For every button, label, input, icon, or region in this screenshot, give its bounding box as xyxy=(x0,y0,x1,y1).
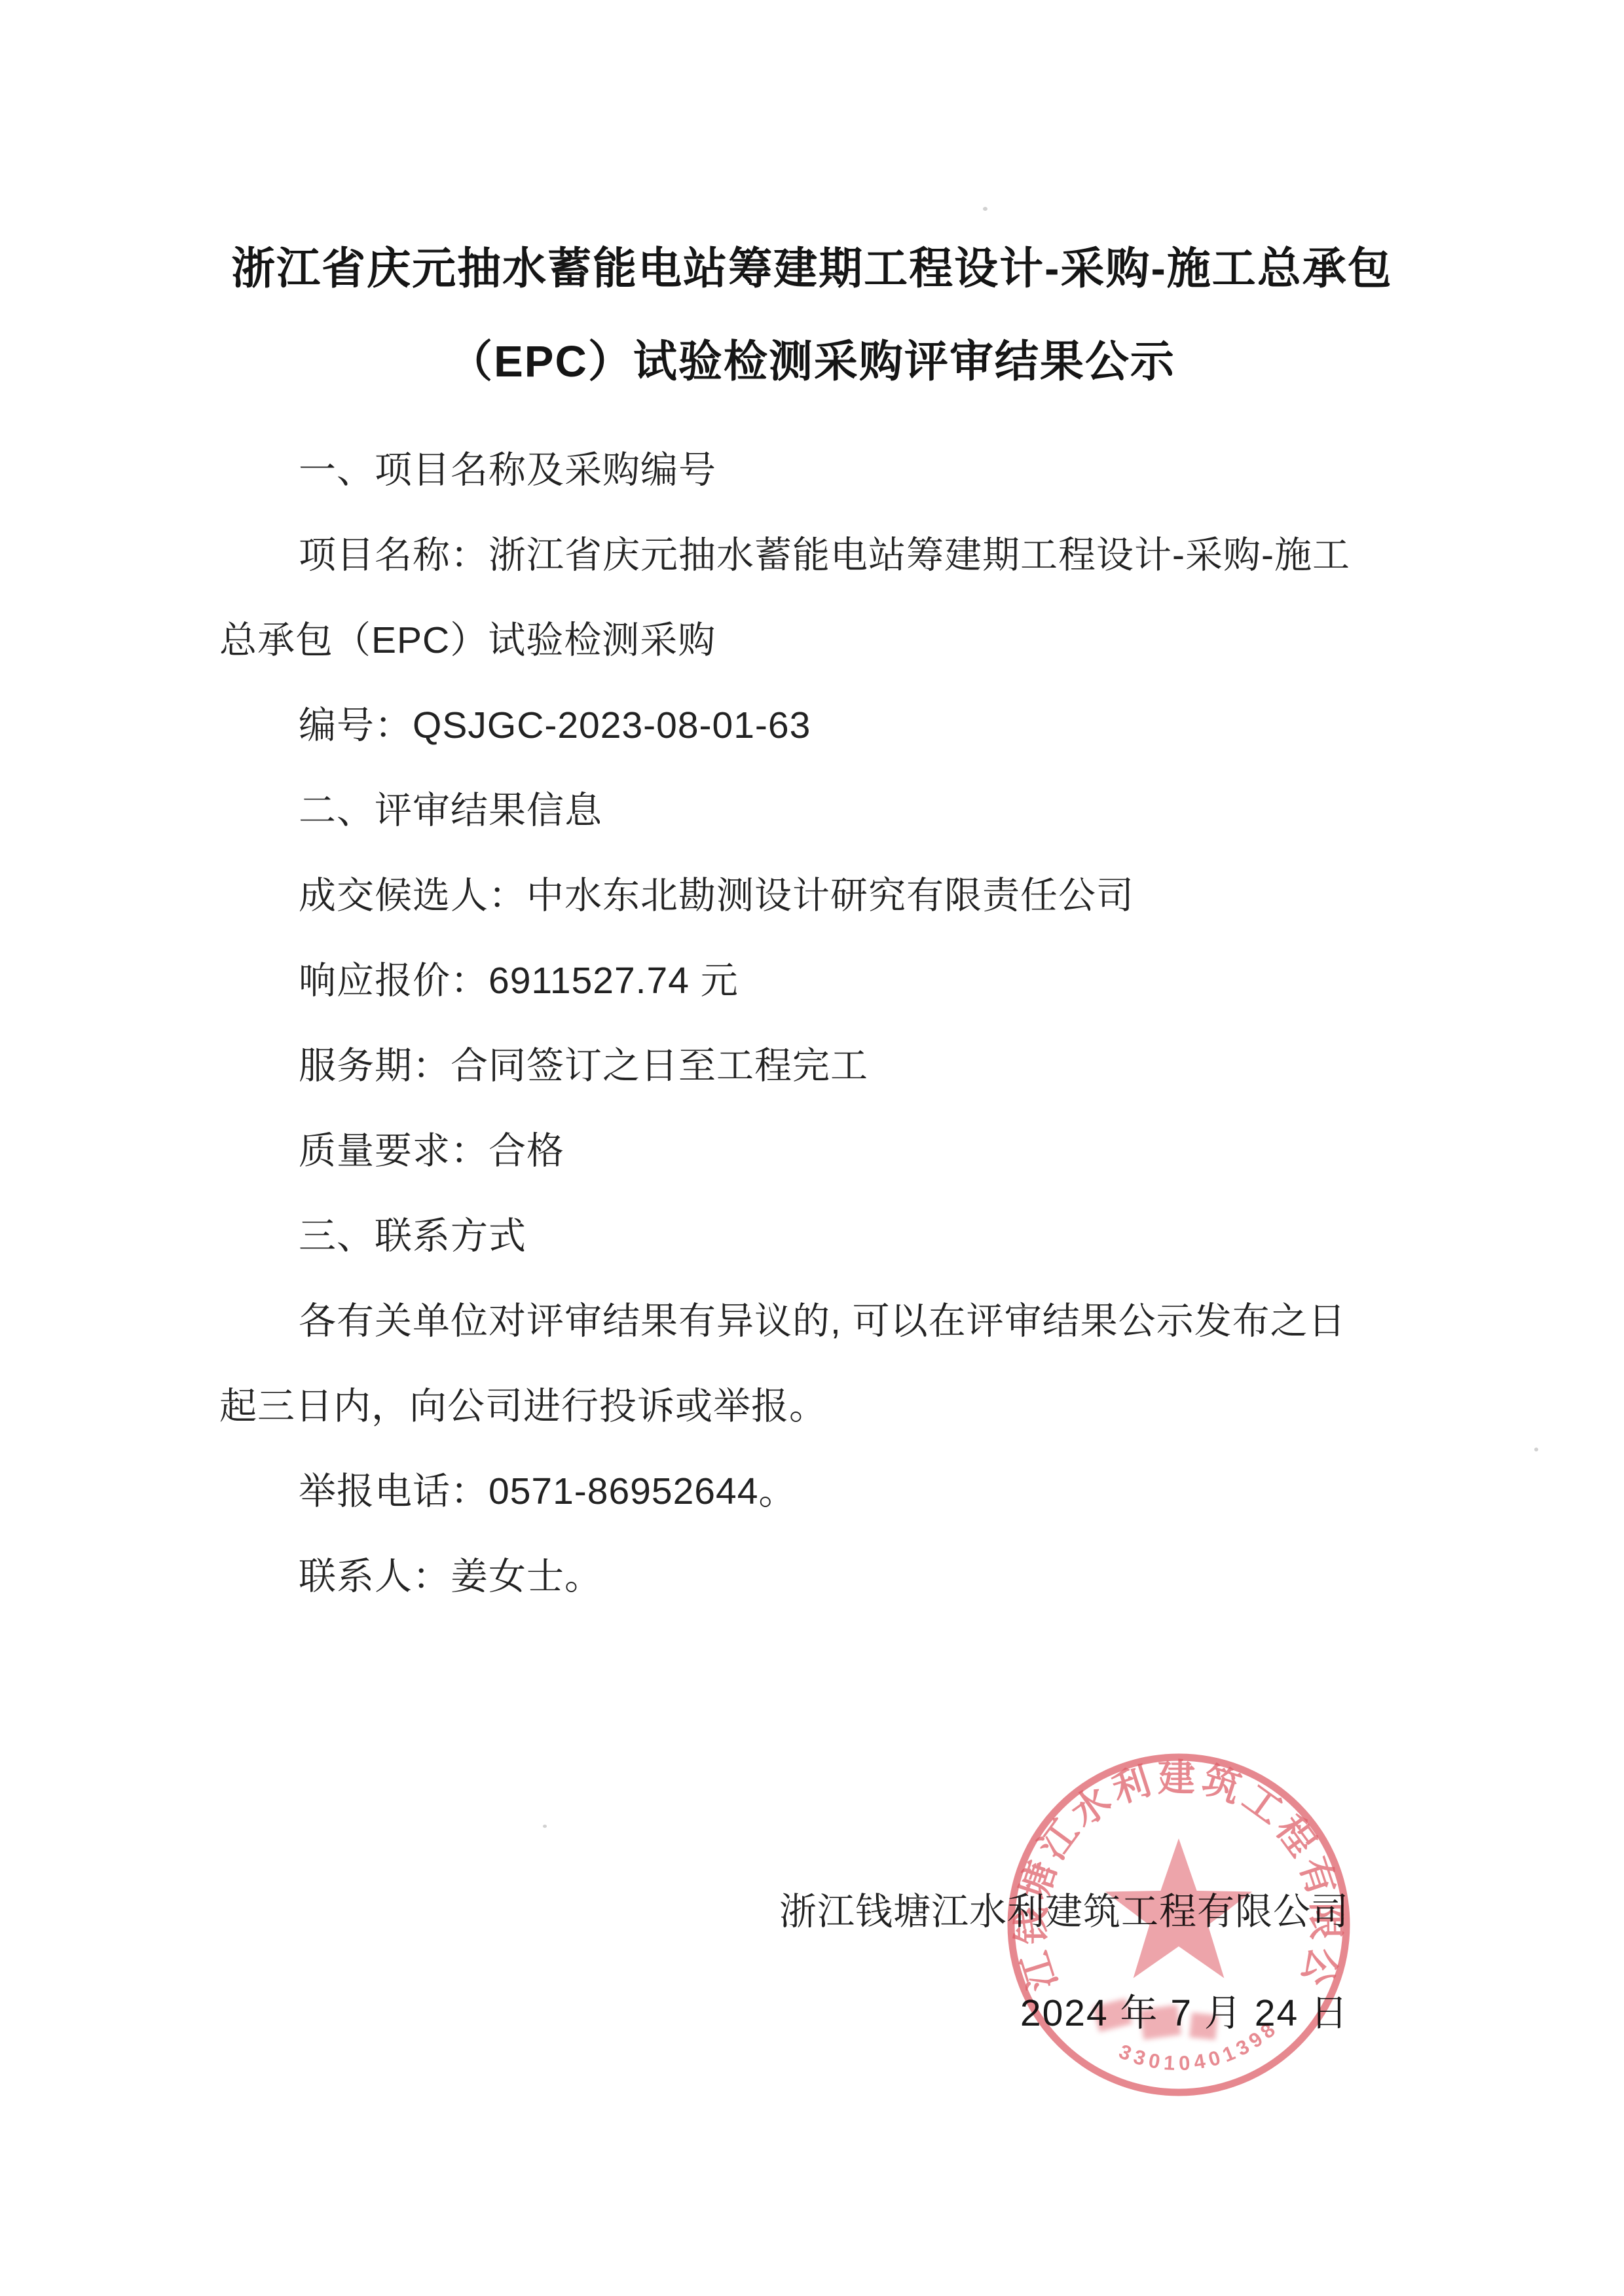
scan-speck xyxy=(983,207,987,211)
project-name-line1: 项目名称：浙江省庆元抽水蓄能电站筹建期工程设计-采购-施工 xyxy=(219,513,1405,598)
scan-speck xyxy=(1534,1448,1538,1451)
report-phone: 举报电话：0571-86952644。 xyxy=(219,1449,1405,1534)
quality-requirement: 质量要求：合格 xyxy=(219,1108,1405,1194)
signature-block: 浙江钱塘江水利建筑工程有限公司 2024 年 7 月 24 日 xyxy=(219,1869,1405,2056)
project-name-line2: 总承包（EPC）试验检测采购 xyxy=(219,598,1405,683)
section-one-heading: 一、项目名称及采购编号 xyxy=(219,428,1405,513)
objection-notice-line2: 起三日内，向公司进行投诉或举报。 xyxy=(219,1364,1405,1449)
document-body: 一、项目名称及采购编号 项目名称：浙江省庆元抽水蓄能电站筹建期工程设计-采购-施… xyxy=(219,428,1405,1619)
service-period: 服务期：合同签订之日至工程完工 xyxy=(219,1023,1405,1108)
document-page: 浙江省庆元抽水蓄能电站筹建期工程设计-采购-施工总承包 （EPC）试验检测采购评… xyxy=(0,0,1624,2296)
contact-person: 联系人：姜女士。 xyxy=(219,1534,1405,1619)
document-title: 浙江省庆元抽水蓄能电站筹建期工程设计-采购-施工总承包 （EPC）试验检测采购评… xyxy=(219,223,1405,409)
signature-date: 2024 年 7 月 24 日 xyxy=(219,1971,1349,2056)
bid-price: 响应报价：6911527.74 元 xyxy=(219,938,1405,1023)
document-title-line2: （EPC）试验检测采购评审结果公示 xyxy=(219,316,1405,409)
scan-speck xyxy=(543,1825,547,1828)
document-title-line1: 浙江省庆元抽水蓄能电站筹建期工程设计-采购-施工总承包 xyxy=(219,223,1405,316)
section-two-heading: 二、评审结果信息 xyxy=(219,768,1405,853)
procurement-number: 编号：QSJGC-2023-08-01-63 xyxy=(219,683,1405,768)
objection-notice-line1: 各有关单位对评审结果有异议的, 可以在评审结果公示发布之日 xyxy=(219,1279,1405,1364)
winning-candidate: 成交候选人：中水东北勘测设计研究有限责任公司 xyxy=(219,853,1405,938)
section-three-heading: 三、联系方式 xyxy=(219,1194,1405,1279)
signature-company: 浙江钱塘江水利建筑工程有限公司 xyxy=(219,1869,1349,1954)
